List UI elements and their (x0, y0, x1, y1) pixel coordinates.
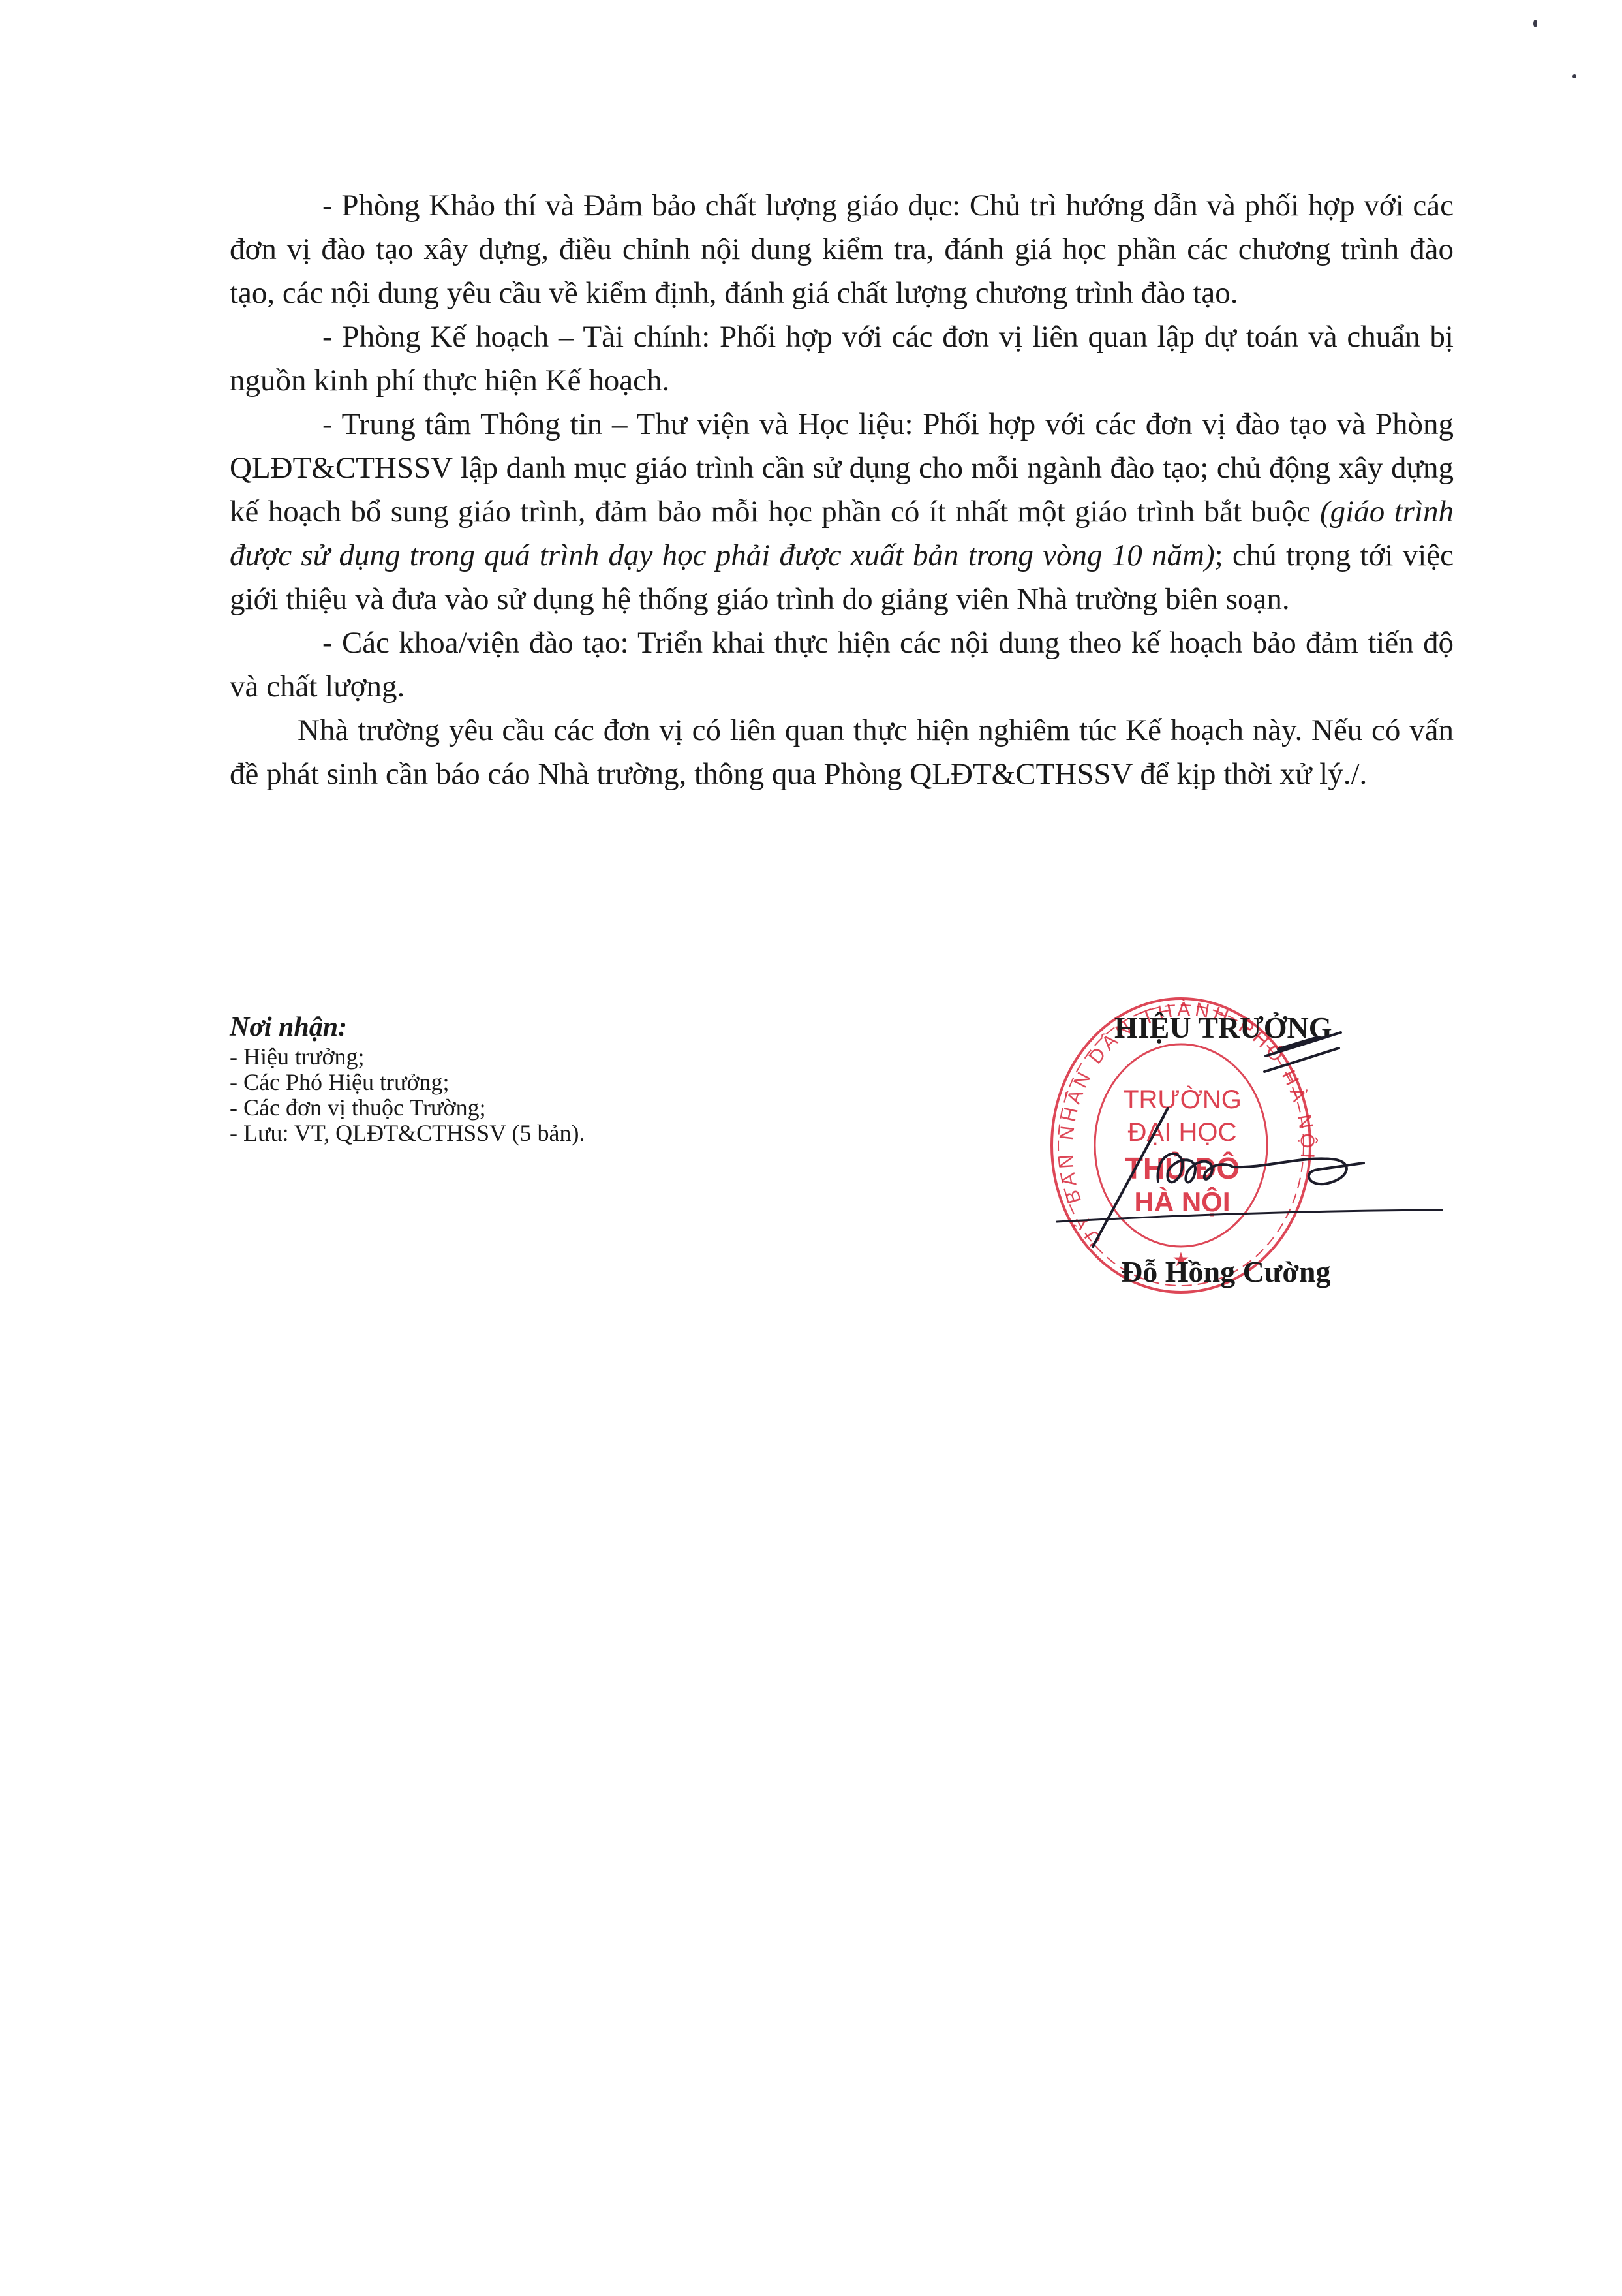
paragraph-khoa-vien: - Các khoa/viện đào tạo: Triển khai thực… (230, 621, 1454, 709)
recipient-item: - Lưu: VT, QLĐT&CTHSSV (5 bản). (230, 1121, 817, 1146)
recipient-item: - Các Phó Hiệu trưởng; (230, 1070, 817, 1095)
paragraph-thu-vien: - Trung tâm Thông tin – Thư viện và Học … (230, 403, 1454, 621)
recipients-title: Nơi nhận: (230, 1015, 817, 1040)
handwritten-signature-icon (1044, 992, 1566, 1318)
recipients-block: Nơi nhận: - Hiệu trưởng; - Các Phó Hiệu … (230, 1015, 817, 1146)
signature-block: HIỆU TRƯỞNG UỶ BAN NHÂN DÂN THÀNH PHỐ HÀ… (1044, 992, 1566, 1318)
document-page: - Phòng Khảo thí và Đảm bảo chất lượng g… (0, 0, 1622, 2296)
paragraph-text: - Trung tâm Thông tin – Thư viện và Học … (230, 407, 1454, 529)
document-body: - Phòng Khảo thí và Đảm bảo chất lượng g… (230, 184, 1454, 796)
paragraph-ke-hoach-tai-chinh: - Phòng Kế hoạch – Tài chính: Phối hợp v… (230, 315, 1454, 403)
paragraph-closing: Nhà trường yêu cầu các đơn vị có liên qu… (230, 709, 1454, 796)
recipient-item: - Hiệu trưởng; (230, 1044, 817, 1070)
recipient-item: - Các đơn vị thuộc Trường; (230, 1095, 817, 1121)
paragraph-khao-thi: - Phòng Khảo thí và Đảm bảo chất lượng g… (230, 184, 1454, 315)
